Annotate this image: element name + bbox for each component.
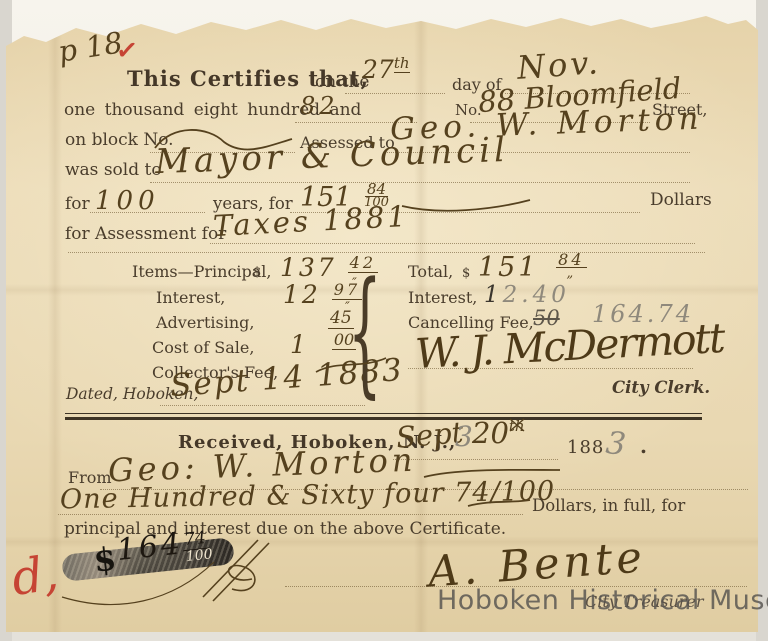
items-brace: {	[348, 247, 382, 417]
dotted-rule	[160, 405, 365, 406]
dotted-rule	[393, 459, 558, 460]
dotted-rule	[408, 368, 693, 369]
dotted-rule	[150, 182, 690, 183]
for-label: for	[65, 194, 90, 214]
year-printed: 188	[567, 437, 604, 458]
clerk-title: City Clerk.	[612, 378, 710, 397]
day-value: 27th	[362, 54, 410, 84]
interest-dollars: 12	[283, 280, 321, 309]
red-initial-annotation: d,	[8, 545, 61, 607]
pencil-year-digit: 3	[604, 425, 627, 463]
museum-watermark: Hoboken Historical Museum	[437, 585, 768, 616]
day-suffix: th	[394, 54, 410, 73]
day-number: 27	[362, 55, 394, 84]
items-principal-label: Items—Principal,	[132, 262, 272, 281]
total-ditto-mark: „	[566, 268, 576, 280]
currency-sign: $	[462, 266, 470, 281]
section-divider-rule	[65, 413, 702, 420]
stamp-denominator-value: 100	[185, 546, 213, 565]
advertising-label: Advertising,	[156, 313, 254, 332]
receipt-date-day: 20th	[472, 416, 525, 450]
dotted-rule	[90, 212, 205, 213]
year-value: 82	[300, 92, 339, 120]
dotted-rule	[210, 243, 695, 244]
cost-of-sale-value: 1 00	[290, 330, 356, 359]
stamp-dollars-value: 164	[115, 526, 185, 568]
totals-interest-label: Interest,	[408, 288, 477, 307]
paper-crease	[6, 284, 758, 296]
dotted-rule	[345, 93, 445, 94]
interest-label: Interest,	[156, 288, 225, 307]
date-day-suffix: th	[509, 417, 525, 435]
pencil-interest-value: 12.40	[484, 282, 570, 308]
cost-of-sale-label: Cost of Sale,	[152, 338, 254, 357]
sold-label: was sold to	[65, 160, 162, 180]
dotted-rule	[58, 514, 523, 515]
total-label: Total,	[408, 262, 453, 281]
assessment-label: for Assessment for	[65, 224, 226, 244]
pencil-date-digit: 3	[455, 420, 473, 453]
dotted-rule	[68, 252, 705, 253]
principal-dollars: 137	[280, 253, 337, 282]
period-mark: .	[640, 434, 647, 458]
cost-dollars: 1	[290, 330, 306, 359]
stamp-dollar-sign: $	[92, 539, 118, 579]
dollars-label: Dollars	[650, 190, 712, 210]
total-value: 151 84 „	[478, 252, 587, 283]
total-dollars: 151	[478, 252, 539, 283]
date-day-number: 20	[472, 416, 509, 450]
currency-sign: $	[253, 265, 261, 280]
dollars-in-full-label: Dollars, in full, for	[532, 496, 685, 515]
red-check-icon: ✓	[114, 35, 139, 67]
